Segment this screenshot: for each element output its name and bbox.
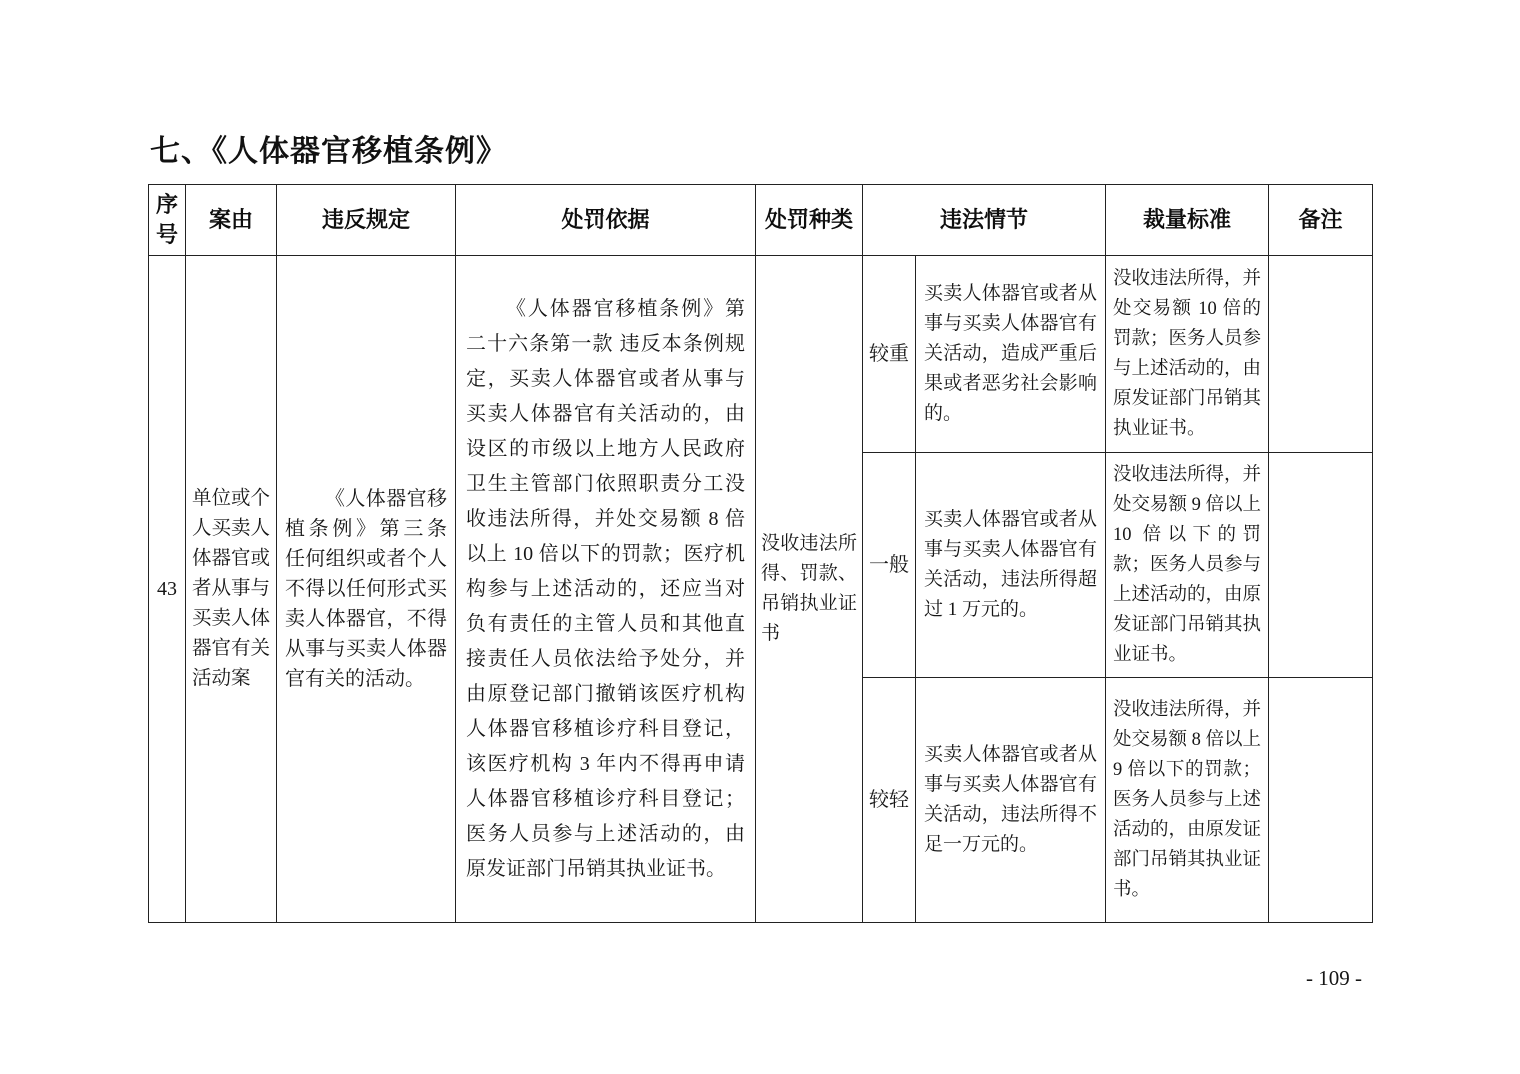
cell-severity-general: 一般 — [863, 453, 916, 678]
cell-penalty-basis: 《人体器官移植条例》第二十六条第一款 违反本条例规定，买卖人体器官或者从事与买卖… — [456, 256, 756, 923]
cell-remark-minor — [1269, 678, 1373, 923]
table-header-row: 序号 案由 违反规定 处罚依据 处罚种类 违法情节 裁量标准 备注 — [149, 185, 1373, 256]
cell-standard-minor: 没收违法所得，并处交易额 8 倍以上 9 倍以下的罚款；医务人员参与上述活动的，… — [1106, 678, 1269, 923]
cell-circumstance-severe: 买卖人体器官或者从事与买卖人体器官有关活动，造成严重后果或者恶劣社会影响的。 — [916, 256, 1106, 453]
cell-circumstance-minor: 买卖人体器官或者从事与买卖人体器官有关活动，违法所得不足一万元的。 — [916, 678, 1106, 923]
col-header-penalty-basis: 处罚依据 — [456, 185, 756, 256]
cell-severity-severe: 较重 — [863, 256, 916, 453]
cell-penalty-type: 没收违法所得、罚款、吊销执业证书 — [756, 256, 863, 923]
col-header-violation: 违反规定 — [277, 185, 456, 256]
cell-cause: 单位或个人买卖人体器官或者从事与买卖人体器官有关活动案 — [186, 256, 277, 923]
cell-standard-general: 没收违法所得，并处交易额 9 倍以上 10 倍以下的罚款；医务人员参与上述活动的… — [1106, 453, 1269, 678]
cell-index: 43 — [149, 256, 186, 923]
cell-remark-general — [1269, 453, 1373, 678]
table-row-severe: 43 单位或个人买卖人体器官或者从事与买卖人体器官有关活动案 《人体器官移植条例… — [149, 256, 1373, 453]
col-header-cause: 案由 — [186, 185, 277, 256]
cell-severity-minor: 较轻 — [863, 678, 916, 923]
col-header-discretion-standard: 裁量标准 — [1106, 185, 1269, 256]
cell-standard-severe: 没收违法所得，并处交易额 10 倍的罚款；医务人员参与上述活动的，由原发证部门吊… — [1106, 256, 1269, 453]
col-header-penalty-type: 处罚种类 — [756, 185, 863, 256]
col-header-remarks: 备注 — [1269, 185, 1373, 256]
document-page: 七、《人体器官移植条例》 序号 案由 违反规定 处罚依据 处罚种类 违法情节 裁… — [0, 0, 1520, 1074]
page-title: 七、《人体器官移植条例》 — [150, 132, 507, 172]
cell-circumstance-general: 买卖人体器官或者从事与买卖人体器官有关活动，违法所得超过 1 万元的。 — [916, 453, 1106, 678]
cell-remark-severe — [1269, 256, 1373, 453]
penalty-discretion-table: 序号 案由 违反规定 处罚依据 处罚种类 违法情节 裁量标准 备注 43 单位或… — [148, 184, 1373, 923]
col-header-circumstances: 违法情节 — [863, 185, 1106, 256]
page-number: - 109 - — [1306, 966, 1362, 991]
cell-violation: 《人体器官移植条例》第三条 任何组织或者个人不得以任何形式买卖人体器官，不得从事… — [277, 256, 456, 923]
col-header-index: 序号 — [149, 185, 186, 256]
